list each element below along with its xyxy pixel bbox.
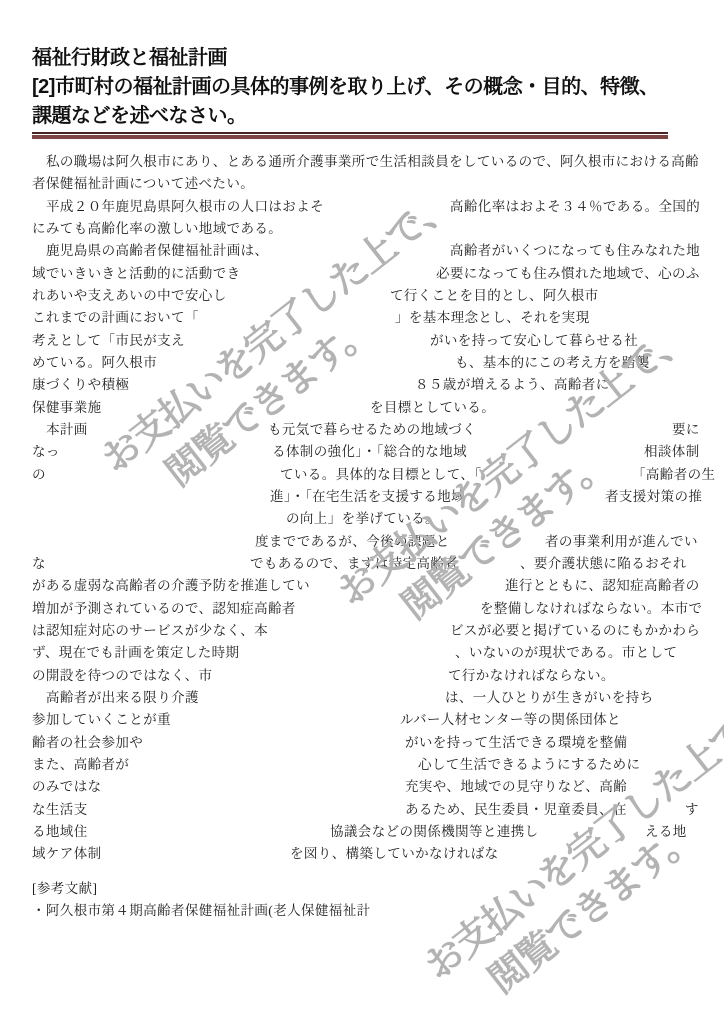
references-header: [参考文献]: [32, 877, 97, 897]
text-fragment: のみではな: [32, 777, 102, 796]
text-line: の向上」を挙げている。: [0, 509, 724, 529]
text-line: また、高齢者が心して生活できるようにするために: [0, 755, 724, 775]
text-line: にみても高齢化率の激しい地域である。: [0, 219, 724, 239]
text-line: は認知症対応のサービスが少なく、本ビスが必要と掲げているのにもかかわら: [0, 621, 724, 641]
text-line: 鹿児島県の高齢者保健福祉計画は、高齢者がいくつになっても住みなれた地: [0, 241, 724, 261]
text-fragment: 高齢化率はおよそ３４％である。全国的: [450, 197, 700, 216]
text-fragment: れあいや支えあいの中で安心し: [32, 286, 227, 305]
text-line: る地域住協議会などの関係機関等と連携しえる地: [0, 822, 724, 842]
text-fragment: 域でいきいきと活動的に活動でき: [32, 264, 241, 283]
text-line: 増加が予測されているので、認知症高齢者を整備しなければならない。本市で: [0, 599, 724, 619]
text-fragment: を整備しなければならない。本市で: [480, 599, 702, 618]
text-fragment: がいを持って生活できる環境を整備: [405, 733, 627, 752]
text-fragment: ている。具体的な目標として、「: [280, 465, 481, 484]
text-line: な生活支あるため、民生委員・児童委員、在す: [0, 800, 724, 820]
text-line: 保健事業施を目標としている。: [0, 398, 724, 418]
text-fragment: ず、現在でも計画を策定した時期: [32, 643, 239, 662]
text-line: 域ケア体制を図り、構築していかなければな: [0, 844, 724, 864]
text-fragment: る体制の強化」・「総合的な地域: [272, 442, 467, 461]
text-line: 康づくりや積極８５歳が増えるよう、高齢者に: [0, 375, 724, 395]
text-line: 域でいきいきと活動的に活動でき必要になっても住み慣れた地域で、心のふ: [0, 264, 724, 284]
text-fragment: がいを持って安心して暮らせる社: [430, 331, 638, 350]
text-fragment: 鹿児島県の高齢者保健福祉計画は、: [46, 241, 268, 260]
text-fragment: て行くことを目的とし、阿久根市: [390, 286, 599, 305]
text-fragment: 者の事業利用が進んでい: [545, 532, 698, 551]
text-fragment: 、いないのが現状である。市として: [455, 643, 677, 662]
text-line: 私の職場は阿久根市にあり、とある通所介護事業所で生活相談員をしているので、阿久根…: [0, 152, 724, 172]
text-fragment: 」を基本理念とし、それを実現: [395, 308, 590, 327]
text-fragment: は認知症対応のサービスが少なく、本: [32, 621, 268, 640]
text-fragment: また、高齢者が: [32, 755, 129, 774]
text-fragment: ビスが必要と掲げているのにもかかわら: [450, 621, 700, 640]
text-line: めている。阿久根市も、基本的にこの考え方を踏襲: [0, 353, 724, 373]
text-fragment: 齢者の社会参加や: [32, 733, 143, 752]
text-fragment: でもあるので、まずは特定高齢者: [250, 554, 458, 573]
text-fragment: 私の職場は阿久根市にあり、とある通所介護事業所で生活相談員をしているので、阿久根…: [46, 152, 699, 171]
text-fragment: ルバー人材センター等の関係団体と: [400, 710, 621, 729]
text-line: なでもあるので、まずは特定高齢者、要介護状態に陥るおそれ: [0, 554, 724, 574]
text-fragment: 平成２０年鹿児島県阿久根市の人口はおよそ: [46, 197, 324, 216]
text-fragment: 者保健福祉計画について述べたい。: [32, 174, 254, 193]
text-fragment: 協議会などの関係機関等と連携し: [330, 822, 539, 841]
text-fragment: 増加が予測されているので、認知症高齢者: [32, 599, 296, 618]
text-fragment: 保健事業施: [32, 398, 102, 417]
text-line: これまでの計画において「」を基本理念とし、それを実現: [0, 308, 724, 328]
text-fragment: の: [32, 465, 46, 484]
text-line: 者保健福祉計画について述べたい。: [0, 174, 724, 194]
text-fragment: 必要になっても住み慣れた地域で、心のふ: [436, 264, 700, 283]
text-line: 進」・「在宅生活を支援する地域者支援対策の推: [0, 487, 724, 507]
text-fragment: て行かなければならない。: [448, 666, 615, 685]
text-fragment: がある虚弱な高齢者の介護予防を推進してい: [32, 576, 310, 595]
text-line: がある虚弱な高齢者の介護予防を推進してい進行とともに、認知症高齢者の: [0, 576, 724, 596]
text-fragment: なっ: [32, 442, 60, 461]
text-line: 齢者の社会参加やがいを持って生活できる環境を整備: [0, 733, 724, 753]
text-fragment: 進」・「在宅生活を支援する地域: [270, 487, 465, 506]
text-fragment: な: [32, 554, 46, 573]
text-fragment: の開設を待つのではなく、市: [32, 666, 212, 685]
text-fragment: 康づくりや積極: [32, 375, 129, 394]
text-fragment: 心して生活できるようにするために: [418, 755, 640, 774]
text-fragment: あるため、民生委員・児童委員、在: [405, 800, 627, 819]
text-line: のみではな充実や、地域での見守りなど、高齢: [0, 777, 724, 797]
text-fragment: 参加していくことが重: [32, 710, 171, 729]
text-fragment: える地: [645, 822, 687, 841]
text-fragment: を図り、構築していかなければな: [290, 844, 499, 863]
text-fragment: これまでの計画において「: [32, 308, 199, 327]
text-line: 度までであるが、今後の課題と者の事業利用が進んでい: [0, 532, 724, 552]
text-fragment: る地域住: [32, 822, 88, 841]
text-fragment: も、基本的にこの考え方を踏襲: [455, 353, 650, 372]
text-fragment: めている。阿久根市: [32, 353, 157, 372]
text-fragment: 考えとして「市民が支え: [32, 331, 185, 350]
text-fragment: 域ケア体制: [32, 844, 102, 863]
text-fragment: す: [685, 800, 699, 819]
text-fragment: を目標としている。: [370, 398, 495, 417]
text-fragment: 本計画: [46, 420, 88, 439]
text-fragment: 高齢者がいくつになっても住みなれた地: [450, 241, 700, 260]
text-fragment: 者支援対策の推: [605, 487, 702, 506]
text-fragment: 高齢者が出来る限り介護: [46, 688, 199, 707]
text-fragment: 、要介護状態に陥るおそれ: [520, 554, 687, 573]
text-fragment: 充実や、地域での見守りなど、高齢: [405, 777, 627, 796]
text-fragment: も元気で暮らせるための地域づく: [268, 420, 476, 439]
text-fragment: にみても高齢化率の激しい地域である。: [32, 219, 282, 238]
text-fragment: 要に: [672, 420, 700, 439]
text-fragment: 相談体制: [644, 442, 700, 461]
text-fragment: 度までであるが、今後の課題と: [255, 532, 450, 551]
text-line: のている。具体的な目標として、「「高齢者の生: [0, 465, 724, 485]
text-fragment: 「高齢者の生: [632, 465, 715, 484]
text-fragment: は、一人ひとりが生きがいを持ち: [445, 688, 654, 707]
text-line: 考えとして「市民が支えがいを持って安心して暮らせる社: [0, 331, 724, 351]
reference-item: ・阿久根市第４期高齢者保健福祉計画(老人保健福祉計: [32, 899, 371, 919]
text-fragment: ８５歳が増えるよう、高齢者に: [415, 375, 610, 394]
text-line: 参加していくことが重ルバー人材センター等の関係団体と: [0, 710, 724, 730]
document-page: 福祉行財政と福祉計画 [2]市町村の福祉計画の具体的事例を取り上げ、その概念・目…: [0, 0, 724, 1024]
text-line: 本計画も元気で暮らせるための地域づく要に: [0, 420, 724, 440]
text-fragment: 進行とともに、認知症高齢者の: [505, 576, 700, 595]
text-line: 高齢者が出来る限り介護は、一人ひとりが生きがいを持ち: [0, 688, 724, 708]
text-line: ず、現在でも計画を策定した時期、いないのが現状である。市として: [0, 643, 724, 663]
text-fragment: の向上」を挙げている。: [286, 509, 439, 528]
text-line: の開設を待つのではなく、市て行かなければならない。: [0, 666, 724, 686]
text-line: なっる体制の強化」・「総合的な地域相談体制: [0, 442, 724, 462]
text-line: 平成２０年鹿児島県阿久根市の人口はおよそ高齢化率はおよそ３４％である。全国的: [0, 197, 724, 217]
body-text: 私の職場は阿久根市にあり、とある通所介護事業所で生活相談員をしているので、阿久根…: [0, 0, 724, 1024]
text-fragment: な生活支: [32, 800, 88, 819]
text-line: れあいや支えあいの中で安心して行くことを目的とし、阿久根市: [0, 286, 724, 306]
